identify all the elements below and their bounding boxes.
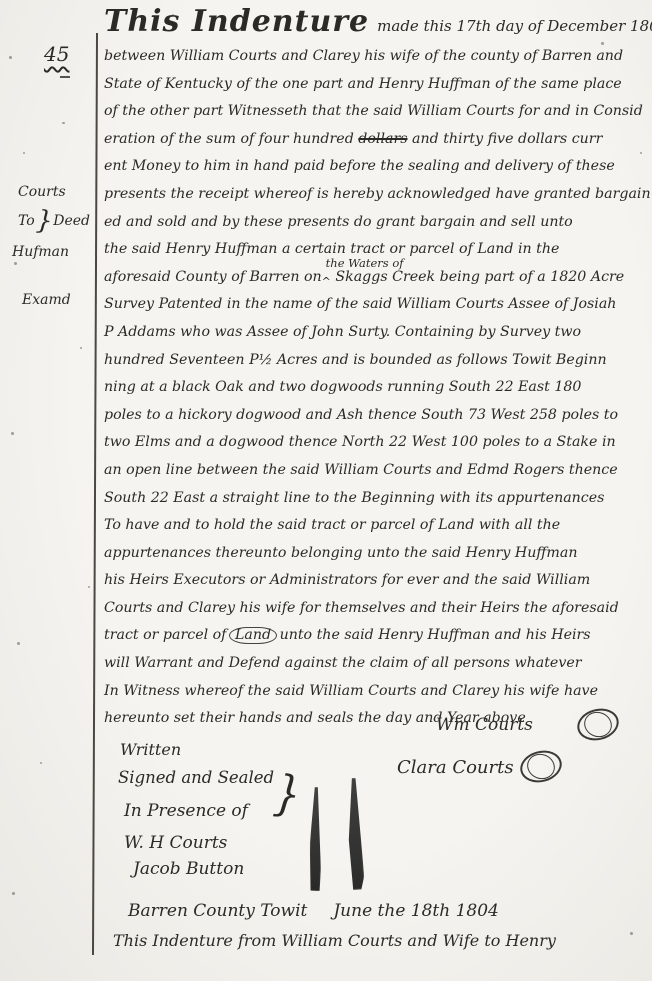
ink-speck <box>12 892 15 895</box>
caret-mark: ^ <box>322 275 331 288</box>
body-line: his Heirs Executors or Administrators fo… <box>104 572 652 600</box>
ink-speck <box>11 432 14 435</box>
body-line-with-circled-word: tract or parcel of Land unto the said He… <box>104 627 652 655</box>
body-line: presents the receipt whereof is hereby a… <box>104 186 652 214</box>
court-place: Barren County Towit <box>128 901 307 921</box>
ink-speck <box>23 152 25 154</box>
ink-speck <box>601 42 604 45</box>
body-line: To have and to hold the said tract or pa… <box>104 517 652 545</box>
in-presence-of-label: In Presence of <box>124 801 248 821</box>
body-line: ent Money to him in hand paid before the… <box>104 158 652 186</box>
title-line: This Indenturemade this 17th day of Dece… <box>104 4 652 48</box>
body-line: In Witness whereof the said William Cour… <box>104 683 652 711</box>
margin-rule-line <box>92 33 98 955</box>
body-line: South 22 East a straight line to the Beg… <box>104 490 652 518</box>
ink-blot <box>341 778 365 891</box>
margin-note-examined: Examd <box>22 292 71 308</box>
ink-speck <box>88 586 90 588</box>
body-line: ed and sold and by these presents do gra… <box>104 214 652 242</box>
circle-line-pre: tract or parcel of <box>104 627 231 643</box>
body-line-with-insertion: aforesaid County of Barren onthe Waters … <box>104 269 652 297</box>
body-line: of the other part Witnesseth that the sa… <box>104 103 652 131</box>
signed-and-sealed-label: Signed and Sealed <box>118 768 274 787</box>
page-number-dash <box>60 76 70 78</box>
seal-flourish <box>577 709 619 740</box>
margin-note-to: To <box>18 213 35 229</box>
title-opening: This Indenture <box>104 4 369 39</box>
ink-blot <box>308 787 324 891</box>
ink-speck <box>17 642 20 645</box>
ink-speck <box>62 122 65 124</box>
body-line: two Elms and a dogwood thence North 22 W… <box>104 434 652 462</box>
margin-note-deed: Deed <box>53 213 90 229</box>
attestation-brace: } <box>271 765 304 824</box>
ink-speck <box>40 762 42 764</box>
grantor-signature-clara: Clara Courts <box>397 757 514 778</box>
body-line: between William Courts and Clarey his wi… <box>104 48 652 76</box>
deed-text-column: This Indenturemade this 17th day of Dece… <box>104 4 652 738</box>
body-line: an open line between the said William Co… <box>104 462 652 490</box>
index-line: This Indenture from William Courts and W… <box>113 931 556 950</box>
insert-line-post: Skaggs Creek being part of a 1820 Acre <box>331 269 624 285</box>
body-line: will Warrant and Defend against the clai… <box>104 655 652 683</box>
body-line-with-strikethrough: eration of the sum of four hundred dolla… <box>104 131 652 159</box>
body-line: ning at a black Oak and two dogwoods run… <box>104 379 652 407</box>
ink-speck <box>172 14 174 16</box>
ink-speck <box>14 262 17 265</box>
struck-word: dollars <box>358 131 407 147</box>
margin-note-hufman: Hufman <box>12 244 69 260</box>
circle-line-post: unto the said Henry Huffman and his Heir… <box>275 627 591 643</box>
written-label: Written <box>120 740 181 759</box>
ink-speck <box>640 152 642 154</box>
ink-speck <box>392 692 394 694</box>
court-date: June the 18th 1804 <box>333 901 499 921</box>
body-line: hereunto set their hands and seals the d… <box>104 710 652 738</box>
body-line: State of Kentucky of the one part and He… <box>104 76 652 104</box>
ink-speck <box>630 932 633 935</box>
ink-speck <box>9 56 12 59</box>
seal-flourish <box>520 751 562 782</box>
title-date-phrase: made this 17th day of December 1803 <box>377 17 652 35</box>
interlinear-insertion: the Waters of^ <box>322 269 331 288</box>
margin-brace: } <box>35 207 53 234</box>
witness-signature: W. H Courts <box>124 833 227 853</box>
inserted-text: the Waters of <box>326 256 404 270</box>
ink-speck <box>80 347 82 349</box>
grantor-signature-william: Wm Courts <box>436 715 533 735</box>
body-line: poles to a hickory dogwood and Ash thenc… <box>104 407 652 435</box>
manuscript-page: 45 Courts To } Deed Hufman Examd This In… <box>0 0 652 981</box>
page-number: 45 <box>44 42 69 66</box>
body-line: P Addams who was Assee of John Surty. Co… <box>104 324 652 352</box>
strike-line-post: and thirty five dollars curr <box>408 131 603 147</box>
insert-line-pre: aforesaid County of Barren on <box>104 269 322 285</box>
body-line: Survey Patented in the name of the said … <box>104 296 652 324</box>
body-line: Courts and Clarey his wife for themselve… <box>104 600 652 628</box>
witness-signature: Jacob Button <box>133 859 244 879</box>
circled-word: Land <box>229 627 277 644</box>
margin-note-to-deed: To } Deed <box>18 208 90 234</box>
margin-note-courts: Courts <box>18 184 66 200</box>
body-line: hundred Seventeen P½ Acres and is bounde… <box>104 352 652 380</box>
body-line: appurtenances thereunto belonging unto t… <box>104 545 652 573</box>
strike-line-pre: eration of the sum of four hundred <box>104 131 358 147</box>
court-certification-line: Barren County TowitJune the 18th 1804 <box>128 901 499 921</box>
